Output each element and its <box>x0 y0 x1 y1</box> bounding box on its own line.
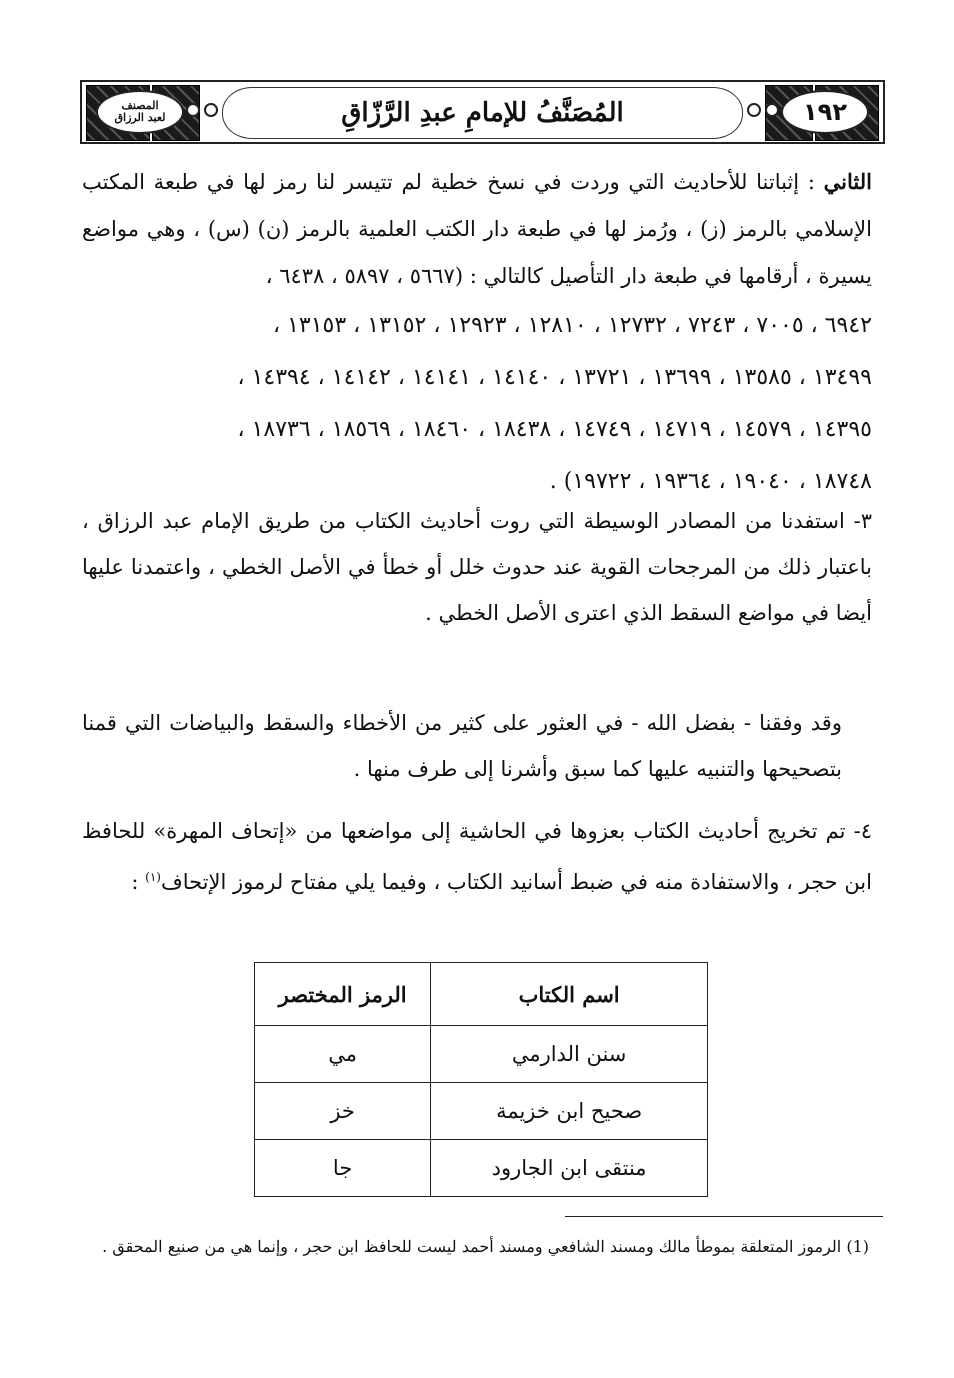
emblem-line-2: لعبد الرزاق <box>115 111 166 124</box>
ornament-knob-icon <box>765 103 779 117</box>
item-text: تم تخريج أحاديث الكتاب بعزوها في الحاشية… <box>82 819 872 894</box>
running-title: المُصَنَّفُ للإمامِ عبدِ الرَّزّاقِ <box>341 98 623 128</box>
footnote-reference[interactable]: (١) <box>145 870 161 884</box>
book-emblem: المصنف لعبد الرزاق <box>96 90 184 134</box>
list-item-4: ٤- تم تخريج أحاديث الكتاب بعزوها في الحا… <box>82 808 872 905</box>
book-page: المصنف لعبد الرزاق المُصَنَّفُ للإمامِ ع… <box>0 0 954 1378</box>
page-number: ١٩٢ <box>803 98 847 126</box>
footnote-separator <box>565 1216 883 1217</box>
item-tail: : <box>131 870 145 894</box>
paragraph-text: : إثباتنا للأحاديث التي وردت في نسخ خطية… <box>82 170 872 288</box>
item-text: استفدنا من المصادر الوسيطة التي روت أحاد… <box>82 509 872 625</box>
paragraph-second-point: الثاني : إثباتنا للأحاديث التي وردت في ن… <box>82 158 872 300</box>
cell-symbol: جا <box>255 1140 431 1197</box>
cell-symbol: مي <box>255 1026 431 1083</box>
ornament-knob-icon <box>747 103 761 117</box>
table-row: منتقى ابن الجارود جا <box>255 1140 708 1197</box>
cell-book-name: منتقى ابن الجارود <box>431 1140 708 1197</box>
paragraph-corrections: وقد وفقنا - بفضل الله - في العثور على كث… <box>82 700 872 792</box>
number-line: ١٣٤٩٩ ، ١٣٥٨٥ ، ١٣٦٩٩ ، ١٣٧٢١ ، ١٤١٤٠ ، … <box>82 352 872 404</box>
table-row: صحيح ابن خزيمة خز <box>255 1083 708 1140</box>
paragraph-lead: الثاني <box>824 169 872 194</box>
item-number: ٤- <box>854 819 872 843</box>
ornament-knob-icon <box>204 103 218 117</box>
cell-book-name: سنن الدارمي <box>431 1026 708 1083</box>
cell-symbol: خز <box>255 1083 431 1140</box>
column-header-symbol: الرمز المختصر <box>255 963 431 1026</box>
abbreviation-table: اسم الكتاب الرمز المختصر سنن الدارمي مي … <box>254 962 708 1197</box>
emblem-text: المصنف لعبد الرزاق <box>115 100 166 124</box>
page-number-medallion: ١٩٢ <box>781 90 869 134</box>
list-item-3: ٣- استفدنا من المصادر الوسيطة التي روت أ… <box>82 498 872 636</box>
hadith-number-list: ٦٩٤٢ ، ٧٠٠٥ ، ٧٢٤٣ ، ١٢٧٣٢ ، ١٢٨١٠ ، ١٢٩… <box>82 300 872 508</box>
item-number: ٣- <box>854 509 872 533</box>
column-header-book-name: اسم الكتاب <box>431 963 708 1026</box>
cell-book-name: صحيح ابن خزيمة <box>431 1083 708 1140</box>
footnote-1: (1) الرموز المتعلقة بموطأ مالك ومسند الش… <box>95 1232 869 1262</box>
number-line: ١٤٣٩٥ ، ١٤٥٧٩ ، ١٤٧١٩ ، ١٤٧٤٩ ، ١٨٤٣٨ ، … <box>82 404 872 456</box>
table-row: سنن الدارمي مي <box>255 1026 708 1083</box>
page-header-ornament: المصنف لعبد الرزاق المُصَنَّفُ للإمامِ ع… <box>80 80 885 144</box>
number-line: ٦٩٤٢ ، ٧٠٠٥ ، ٧٢٤٣ ، ١٢٧٣٢ ، ١٢٨١٠ ، ١٢٩… <box>82 300 872 352</box>
table-header-row: اسم الكتاب الرمز المختصر <box>255 963 708 1026</box>
running-title-band: المُصَنَّفُ للإمامِ عبدِ الرَّزّاقِ <box>222 87 743 139</box>
ornament-knob-icon <box>186 103 200 117</box>
